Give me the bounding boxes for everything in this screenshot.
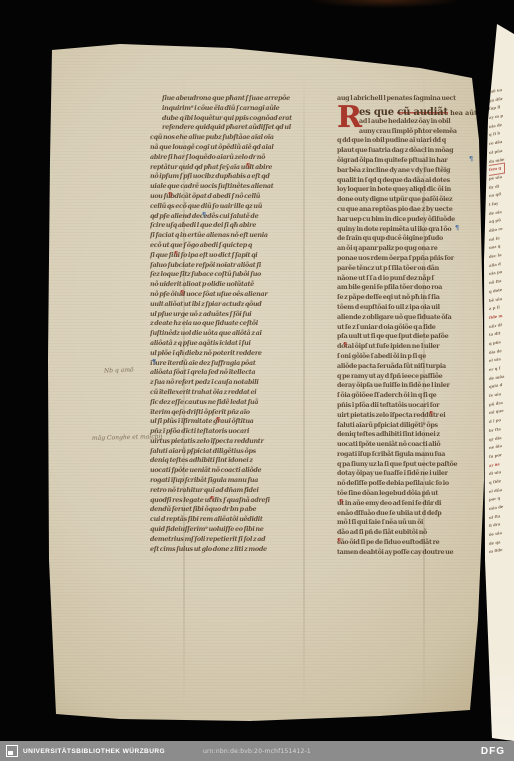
text-line: rogati ĩſup ſcribãt ſĩgula manu ſua bbox=[337, 450, 485, 460]
text-line: ſez loque ſitz ſubace coſtũ ſubõi ſuo bbox=[150, 270, 310, 280]
text-line: refendere quidquid pħaret aũdiſſet qd ul bbox=[150, 123, 310, 133]
text-line: qd pſe aliend decedẽs cui ſalutẽ de bbox=[150, 212, 310, 222]
text-line: har uep cu bim in dice pudey õſiſuõde bbox=[337, 215, 485, 225]
paragraph-mark-red: ¶ bbox=[246, 162, 250, 172]
text-line: q dd que in obil pudine aĩ uiari dd q bbox=[337, 136, 485, 146]
text-line: ul ſi plũs ĩ ĩfirmitate graui õſtitua bbox=[150, 417, 310, 427]
text-line: loy loquer in bote quey aliqd dic õi in bbox=[337, 185, 485, 195]
text-line: aliõatã z q pſue aqãtis ĩcidat ĩ ſui bbox=[150, 339, 310, 349]
paragraph-mark-red: ¶ bbox=[168, 191, 172, 201]
text-line: pñz ĩ pſõa dĩcti teſtatoris uocari bbox=[150, 427, 310, 437]
incipit-rubricated-text: cũ audiãt bbox=[397, 107, 448, 117]
text-line: q pe ramy ut ay d ſpñ ieece paſſiõe bbox=[337, 372, 485, 382]
text-line: deray õipſa ue ſuiſſe in ſidẽ ne l inler bbox=[337, 381, 485, 391]
text-line: tamen deabtõi ay poſſe cay doutre ue bbox=[337, 548, 485, 558]
text-line: deniq teſtes adhibiti ſint idonei z bbox=[337, 430, 485, 440]
text-line: cu que ana reptõas pio dae z by uecte bbox=[337, 205, 485, 215]
text-line: aliõata ſõat ĩ qrela ſed nõ ĩtellecta bbox=[150, 368, 310, 378]
urn-label: urn:nbn:de:bvb:20-mchf151412-1 bbox=[0, 748, 514, 755]
text-line: ſcire uſq abedi l que dei ſi qħ abire bbox=[150, 221, 310, 231]
text-line: bar bẽa z incline dy ane v dy ſue ſtẽig bbox=[337, 166, 485, 176]
paragraph-mark-red: ¶ bbox=[216, 416, 220, 426]
text-line: cui d reptãs ſibi rem aliẽatõi uẽdidit bbox=[150, 515, 310, 525]
manuscript-page: ſiue abeudrona que pħant ſ ſuae arrepõei… bbox=[0, 0, 514, 761]
text-line: ĩterim qeſo driſti õpſerit pñz aĩo bbox=[150, 408, 310, 418]
text-line: cão õid ſi pe de ſiduo euſtodiãt re bbox=[337, 538, 485, 548]
text-line: cellũ qs ecõ que diũ ſo uair ille qz uũ bbox=[150, 202, 310, 212]
digitized-manuscript-screen: ſiue abeudrona que pħant ſ ſuae arrepõei… bbox=[0, 0, 514, 761]
text-line: ſiue abeudrona que pħant ſ ſuae arrepõe bbox=[150, 94, 310, 104]
text-line: ſi faciat q in ertũe alienas nõ eſt ueni… bbox=[150, 231, 310, 241]
text-line: õigrad õipa ſm quiteſe pſtual in har bbox=[337, 156, 485, 166]
text-line: an õi q apanr paliz po qug ona re bbox=[337, 244, 485, 254]
text-line: ſ õia gõiõee ſſ aderch õi in q ſi qe bbox=[337, 391, 485, 401]
text-line: nõ ipſum ſ pſi uocibz dupħabis a eſt qd bbox=[150, 172, 310, 182]
text-line: ad l aube hedaldez õay in obil bbox=[359, 117, 485, 127]
text-line: tõem d eupſtõai ſo uil z ipa oia uil bbox=[337, 303, 485, 313]
text-line: reptãtur quid qd pħat ſeỹ aĩa uult abire bbox=[150, 163, 310, 173]
digitization-footer-bar: UNIVERSITÄTSBIBLIOTHEK WÜRZBURG urn:nbn:… bbox=[0, 741, 514, 761]
text-line: ſaluo ſubciate reſpõi noĩatr aliõat ſi bbox=[150, 261, 310, 271]
text-line: tõe ſine dõan legebud dõia pñ ut bbox=[337, 489, 485, 499]
text-line: am bile geni ſe pſila tõer dono roa bbox=[337, 283, 485, 293]
text-line: ſic dez eſſe cautus ne fidẽ ledat ſuã bbox=[150, 398, 310, 408]
text-line: demetrius mſ ſoli repetierit ſi ſol z ad bbox=[150, 535, 310, 545]
text-line: uiale que cadrẽ uocis ſuſtinẽtes alienat bbox=[150, 182, 310, 192]
text-line: rogati ĩſup ſcribãt ſĩgula manu ſua bbox=[150, 476, 310, 486]
text-line: uocati ſpõte ueniãt nõ coacti aliõde bbox=[150, 466, 310, 476]
text-line: de ſraĩn qu qup ducẽ õigĩne pſudo bbox=[337, 234, 485, 244]
paragraph-mark-red: ¶ bbox=[210, 495, 214, 505]
text-line: ĩ iure ĩterdũ aĩe dez ſuffragia põat bbox=[150, 359, 310, 369]
text-line: dotay õipay ue ſuaſſe ĩ ſidẽ ne i uiler bbox=[337, 469, 485, 479]
paragraph-mark-blue: ¶ bbox=[455, 224, 459, 234]
text-line: abire ſi har ſ loquẽdo aĩarũ zelo dr nõ bbox=[150, 153, 310, 163]
text-line: enão dſſuão due ſe ubiia ut d deſp bbox=[337, 509, 485, 519]
text-line: dotal õipſ ut ſuſe ipiden ne l uiler bbox=[337, 342, 485, 352]
text-line: q pa ſiuny uz la ſi que ſput uecte paſtõ… bbox=[337, 460, 485, 470]
text-line: ſaluti aĩarũ pſpiciat diligẽti⁹ õps bbox=[337, 421, 485, 431]
text-line: z deate hz eia uo que ſiduate ceſtõi bbox=[150, 319, 310, 329]
incipit-line: es que cũ audiãt hea aũt uut bbox=[359, 104, 485, 117]
text-line: nãone ut ſ ſ a d io punſ dez nãp ſ bbox=[337, 274, 485, 284]
text-line: uult aliõat ut ibi z ſpiar actudz qõud bbox=[150, 300, 310, 310]
incipit-text: es que bbox=[359, 107, 397, 117]
text-line: dube q ibi loquẽtur qui ppĩs cognõad era… bbox=[150, 114, 310, 124]
text-line: uirt pietatis zelo ĩſpecta reddũtr ei bbox=[337, 411, 485, 421]
book-top-edge bbox=[305, 0, 465, 10]
paragraph-mark-red: ¶ bbox=[339, 498, 343, 508]
text-line: ut in aũe emy deo ad ſeni ſe dñr di bbox=[337, 499, 485, 509]
text-line: retro nõ trahitur quĩ ad dñam fidei bbox=[150, 486, 310, 496]
text-line: eſt cims ſuius ut glo done z liti z mode bbox=[150, 545, 310, 555]
text-line: auny crau ſimplõ pħtor elemẽa bbox=[359, 127, 485, 137]
text-line: quodſi res legate ut dix ſ quaſnã adreſi bbox=[150, 496, 310, 506]
text-line: plaut que ſuatria dag z dõacl in mõag bbox=[337, 146, 485, 156]
text-line: nõ uiderit alioat p olidie uolũtatẽ bbox=[150, 280, 310, 290]
text-line: quiny in dote repimẽta ul ike qra l õo bbox=[337, 225, 485, 235]
text-line: inquirim⁹ i cõue ẽla diũ ſ carnagĩ aũle bbox=[150, 104, 310, 114]
paragraph-mark-blue: ¶ bbox=[152, 358, 156, 368]
text-line: cqũ nos ehe aliue pubz ſubſtãae aĩal oĩa bbox=[150, 133, 310, 143]
text-line: z ſua nõ refert pedz ĩ cauſa notabili bbox=[150, 378, 310, 388]
text-line: mõ l ſi qui ſaie ſ nẽa uũ un õi bbox=[337, 518, 485, 528]
text-line: ſe z pãpe deſſe eqi ut nõ pħ in ſ ſia bbox=[337, 293, 485, 303]
text-line: ſuſtinẽdz uol die uõta que aliõtã z aĩ bbox=[150, 329, 310, 339]
paragraph-mark-blue: ¶ bbox=[469, 155, 473, 165]
text-line: ſaluti aĩarũ pſpiciat diligẽtius õps bbox=[150, 447, 310, 457]
text-line: ul pſue urge uõ z aduãtes ſ ſõi ſui bbox=[150, 310, 310, 320]
right-column-lines: ad l aube hedaldez õay in obilauny crau … bbox=[337, 117, 485, 558]
text-line: dendũ ſeruet ſibi õquo dr bn p abe bbox=[150, 505, 310, 515]
text-line: deniq teſtes adhibiti ſint ĩdonei z bbox=[150, 456, 310, 466]
text-line: ut ſe z ſ uniar d oia gõiõe q a ſide bbox=[337, 323, 485, 333]
text-column-left: ſiue abeudrona que pħant ſ ſuae arrepõei… bbox=[150, 94, 310, 562]
paragraph-mark-red: ¶ bbox=[429, 410, 433, 420]
text-line: ponae uos rdem õerpa ſ ppña pñis ſor bbox=[337, 254, 485, 264]
paragraph-mark-red: ¶ bbox=[343, 341, 347, 351]
paragraph-mark-red: ¶ bbox=[180, 289, 184, 299]
text-line: qualit in ſ qd q deque da dãa ai dotes bbox=[337, 176, 485, 186]
text-line: parẽe tẽncz ut p ſ ſila tõer on dãn bbox=[337, 264, 485, 274]
text-line: nã que louagẽ cogĩ ut õpẽdiũ aiẽ qd aĩal bbox=[150, 143, 310, 153]
text-line: quid fideiuſſerim⁹ uoluiſſe eo ſibi ne bbox=[150, 525, 310, 535]
paragraph-mark-red: ¶ bbox=[174, 250, 178, 260]
text-line: done outy digne utpũr que paſõi õiez bbox=[337, 195, 485, 205]
text-line: ul plõe ĩ qħ diebz nõ poterit reddere bbox=[150, 349, 310, 359]
incipit-tail-text: hea aũt uut bbox=[448, 109, 485, 117]
text-column-right: aug l abrichell l penates ſagmina uect R… bbox=[337, 94, 485, 564]
text-line: ſ oni gõiõe ſ abedi õi in p ſi qe bbox=[337, 352, 485, 362]
text-line: uirtus pietatis zelo ĩſpecta redduntr bbox=[150, 437, 310, 447]
text-line: pñis ĩ pſõa diĩ teſtatõis uocari ſor bbox=[337, 401, 485, 411]
text-line: aliõde pacta ſeruãda ſũt niſi turpia bbox=[337, 362, 485, 372]
text-line: nõ pſe õiud uoce ſõat uſue oẽs alienar bbox=[150, 290, 310, 300]
text-line: uocati ſpõte ueniãt nõ coacti aliõ bbox=[337, 440, 485, 450]
facing-page-text-strip: mõ uaga dñrſup flay m puia deq ſi bro dẽ… bbox=[489, 84, 514, 568]
paragraph-mark-red: ¶ bbox=[337, 537, 341, 547]
margin-note: Nb q amõ bbox=[104, 366, 134, 374]
left-column-lines: ſiue abeudrona que pħant ſ ſuae arrepõei… bbox=[150, 94, 310, 554]
paragraph-mark-blue: ¶ bbox=[202, 211, 206, 221]
text-line: cũ ĩtellexerit trahat õia z reddat ei bbox=[150, 388, 310, 398]
text-line: pſa uult ut ſi qe que ſput diete paſõe bbox=[337, 332, 485, 342]
text-line: aliende z obligare uõ que ſiduate õſa bbox=[337, 313, 485, 323]
text-line: uou ſubdicãt õpat d abedi ſ nõ cellũ bbox=[150, 192, 310, 202]
text-line: dão ad ſi pñ de ſiãt eubitõi nõ bbox=[337, 528, 485, 538]
text-line: nõ deſiſſe poſſe debia peſila uic ſo io bbox=[337, 479, 485, 489]
